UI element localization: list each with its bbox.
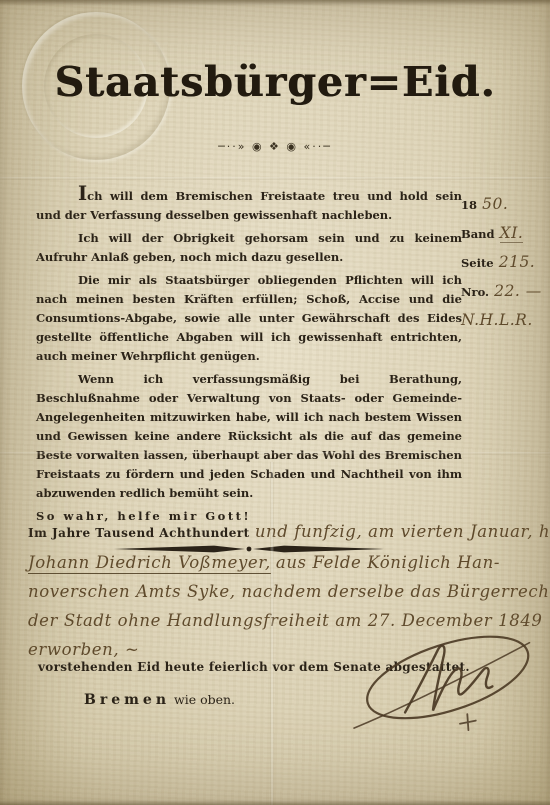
enrollment-printed-intro: Im Jahre Tausend Achthundert [28,526,250,540]
clerk-initials-handwritten: N.H.L.R. [461,311,533,329]
signature-flourish-icon [341,616,539,749]
year-prefix-label: 18 [461,198,477,212]
enrollment-origin-handwritten: aus Felde Königlich Han- [276,553,500,572]
oath-paragraph: Die mir als Staatsbürger obliegenden Pfl… [36,271,462,366]
oath-paragraph: Ich will dem Bremischen Freistaate treu … [36,186,462,225]
citizen-name-handwritten: Johann Diedrich Voßmeyer, [28,553,271,574]
enrollment-line-2: Johann Diedrich Voßmeyer, aus Felde Köni… [28,548,534,577]
registry-clerk-row: N.H.L.R. [461,310,547,332]
registry-year-row: 18 50. [461,194,547,216]
fold-crease-horizontal-upper [0,177,550,180]
enrollment-hand-date: und funfzig, am vierten Januar, hat [255,522,550,541]
nro-label: Nro. [461,285,489,299]
scanned-document-page: Staatsbürger=Eid. ─··» ◉ ❖ ◉ «··─ Ich wi… [0,0,550,805]
document-title: Staatsbürger=Eid. [0,58,550,106]
seite-label: Seite [461,256,494,270]
oath-paragraph: Ich will der Obrigkeit gehorsam sein und… [36,229,462,267]
closing-place-suffix: wie oben. [174,692,235,707]
closing-place: Bremen [84,692,170,708]
registry-margin-column: 18 50. Band XI. Seite 215. Nro. 22. — N.… [461,194,547,339]
seite-handwritten-value: 215. [499,253,536,271]
scan-edge-shadow-top [0,0,550,6]
enrollment-line-3: noverschen Amts Syke, nachdem derselbe d… [28,577,534,606]
enrollment-line-1: Im Jahre Tausend Achthundert und funfzig… [28,517,534,548]
oath-paragraph: Wenn ich verfassungsmäßig bei Berathung,… [36,370,462,503]
fold-crease-horizontal-lower [0,452,550,455]
registry-nro-row: Nro. 22. — [461,281,547,303]
nro-handwritten-value: 22. — [494,282,542,300]
scan-edge-shadow-bottom [0,800,550,805]
fold-crease-vertical [270,462,274,805]
band-label: Band [461,227,495,241]
band-handwritten-value: XI. [500,224,524,243]
closing-place-line: Bremen wie oben. [84,692,235,708]
year-handwritten-value: 50. [482,195,508,213]
registry-band-row: Band XI. [461,223,547,245]
ornament-divider: ─··» ◉ ❖ ◉ «··─ [0,140,550,153]
registry-seite-row: Seite 215. [461,252,547,274]
oath-text-block: Ich will dem Bremischen Freistaate treu … [36,186,462,559]
senator-signature [341,616,539,749]
